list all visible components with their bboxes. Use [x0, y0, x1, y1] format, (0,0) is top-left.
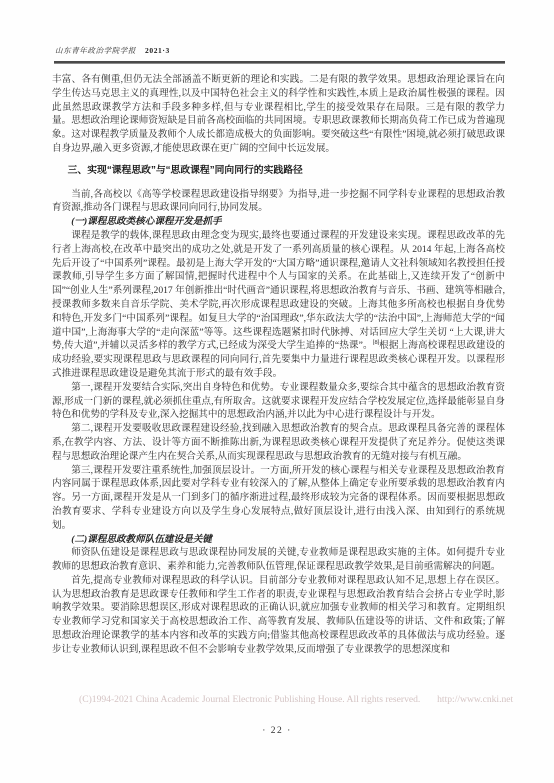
cnki-watermark: (C)1994-2021 China Academic Journal Elec…	[79, 694, 513, 705]
paragraph-teachers-intro: 师资队伍建设是课程思政与思政课程协同发展的关键,专业教师是课程思政实施的主体。如…	[52, 546, 505, 574]
paragraph-point-first: 第一,课程开发要结合实际,突出自身特色和优势。专业课程数量众多,要综合其中蕴含的…	[52, 381, 505, 422]
scanned-journal-page: 山东青年政治学院学报2021·3 丰富、各有侧重,但仍无法全部涵盖不断更新的理论…	[0, 0, 554, 783]
paragraph-point-third: 第三,课程开发要注重系统性,加强顶层设计。一方面,所开发的核心课程与相关专业课程…	[52, 464, 505, 533]
journal-masthead: 山东青年政治学院学报2021·3	[55, 45, 170, 56]
subsection-heading-1: (一)课程思政类核心课程开发是抓手	[52, 215, 505, 229]
journal-title: 山东青年政治学院学报	[55, 46, 136, 55]
article-body: 丰富、各有侧重,但仍无法全部涵盖不断更新的理论和实践。二是有限的教学效果。思想政…	[52, 73, 505, 657]
paragraph-continuation: 丰富、各有侧重,但仍无法全部涵盖不断更新的理论和实践。二是有限的教学效果。思想政…	[52, 73, 505, 156]
paragraph-intro: 当前,各高校以《高等学校课程思政建设指导纲要》为指导,进一步挖掘不同学科专业课程…	[52, 188, 505, 216]
paragraph-teachers-first: 首先,提高专业教师对课程思政的科学认识。目前部分专业教师对课程思政认知不足,思想…	[52, 574, 505, 657]
section-heading: 三、实现“课程思政”与“思政课程”同向同行的实践路径	[52, 164, 505, 178]
header-rule	[54, 61, 505, 64]
subsection-heading-2: (二)课程思政教师队伍建设是关键	[52, 533, 505, 547]
paragraph-core-courses-text: 课程是教学的载体,课程思政由理念变为现实,最终也要通过课程的开发建设来实现。课程…	[52, 230, 505, 351]
paragraph-core-courses: 课程是教学的载体,课程思政由理念变为现实,最终也要通过课程的开发建设来实现。课程…	[52, 229, 505, 381]
page-number: · 22 ·	[0, 726, 554, 736]
paragraph-point-second: 第二,课程开发要吸收思政课程建设经验,找到融入思想政治教育的契合点。思政课程具备…	[52, 422, 505, 463]
issue-number: 2021·3	[145, 46, 170, 55]
